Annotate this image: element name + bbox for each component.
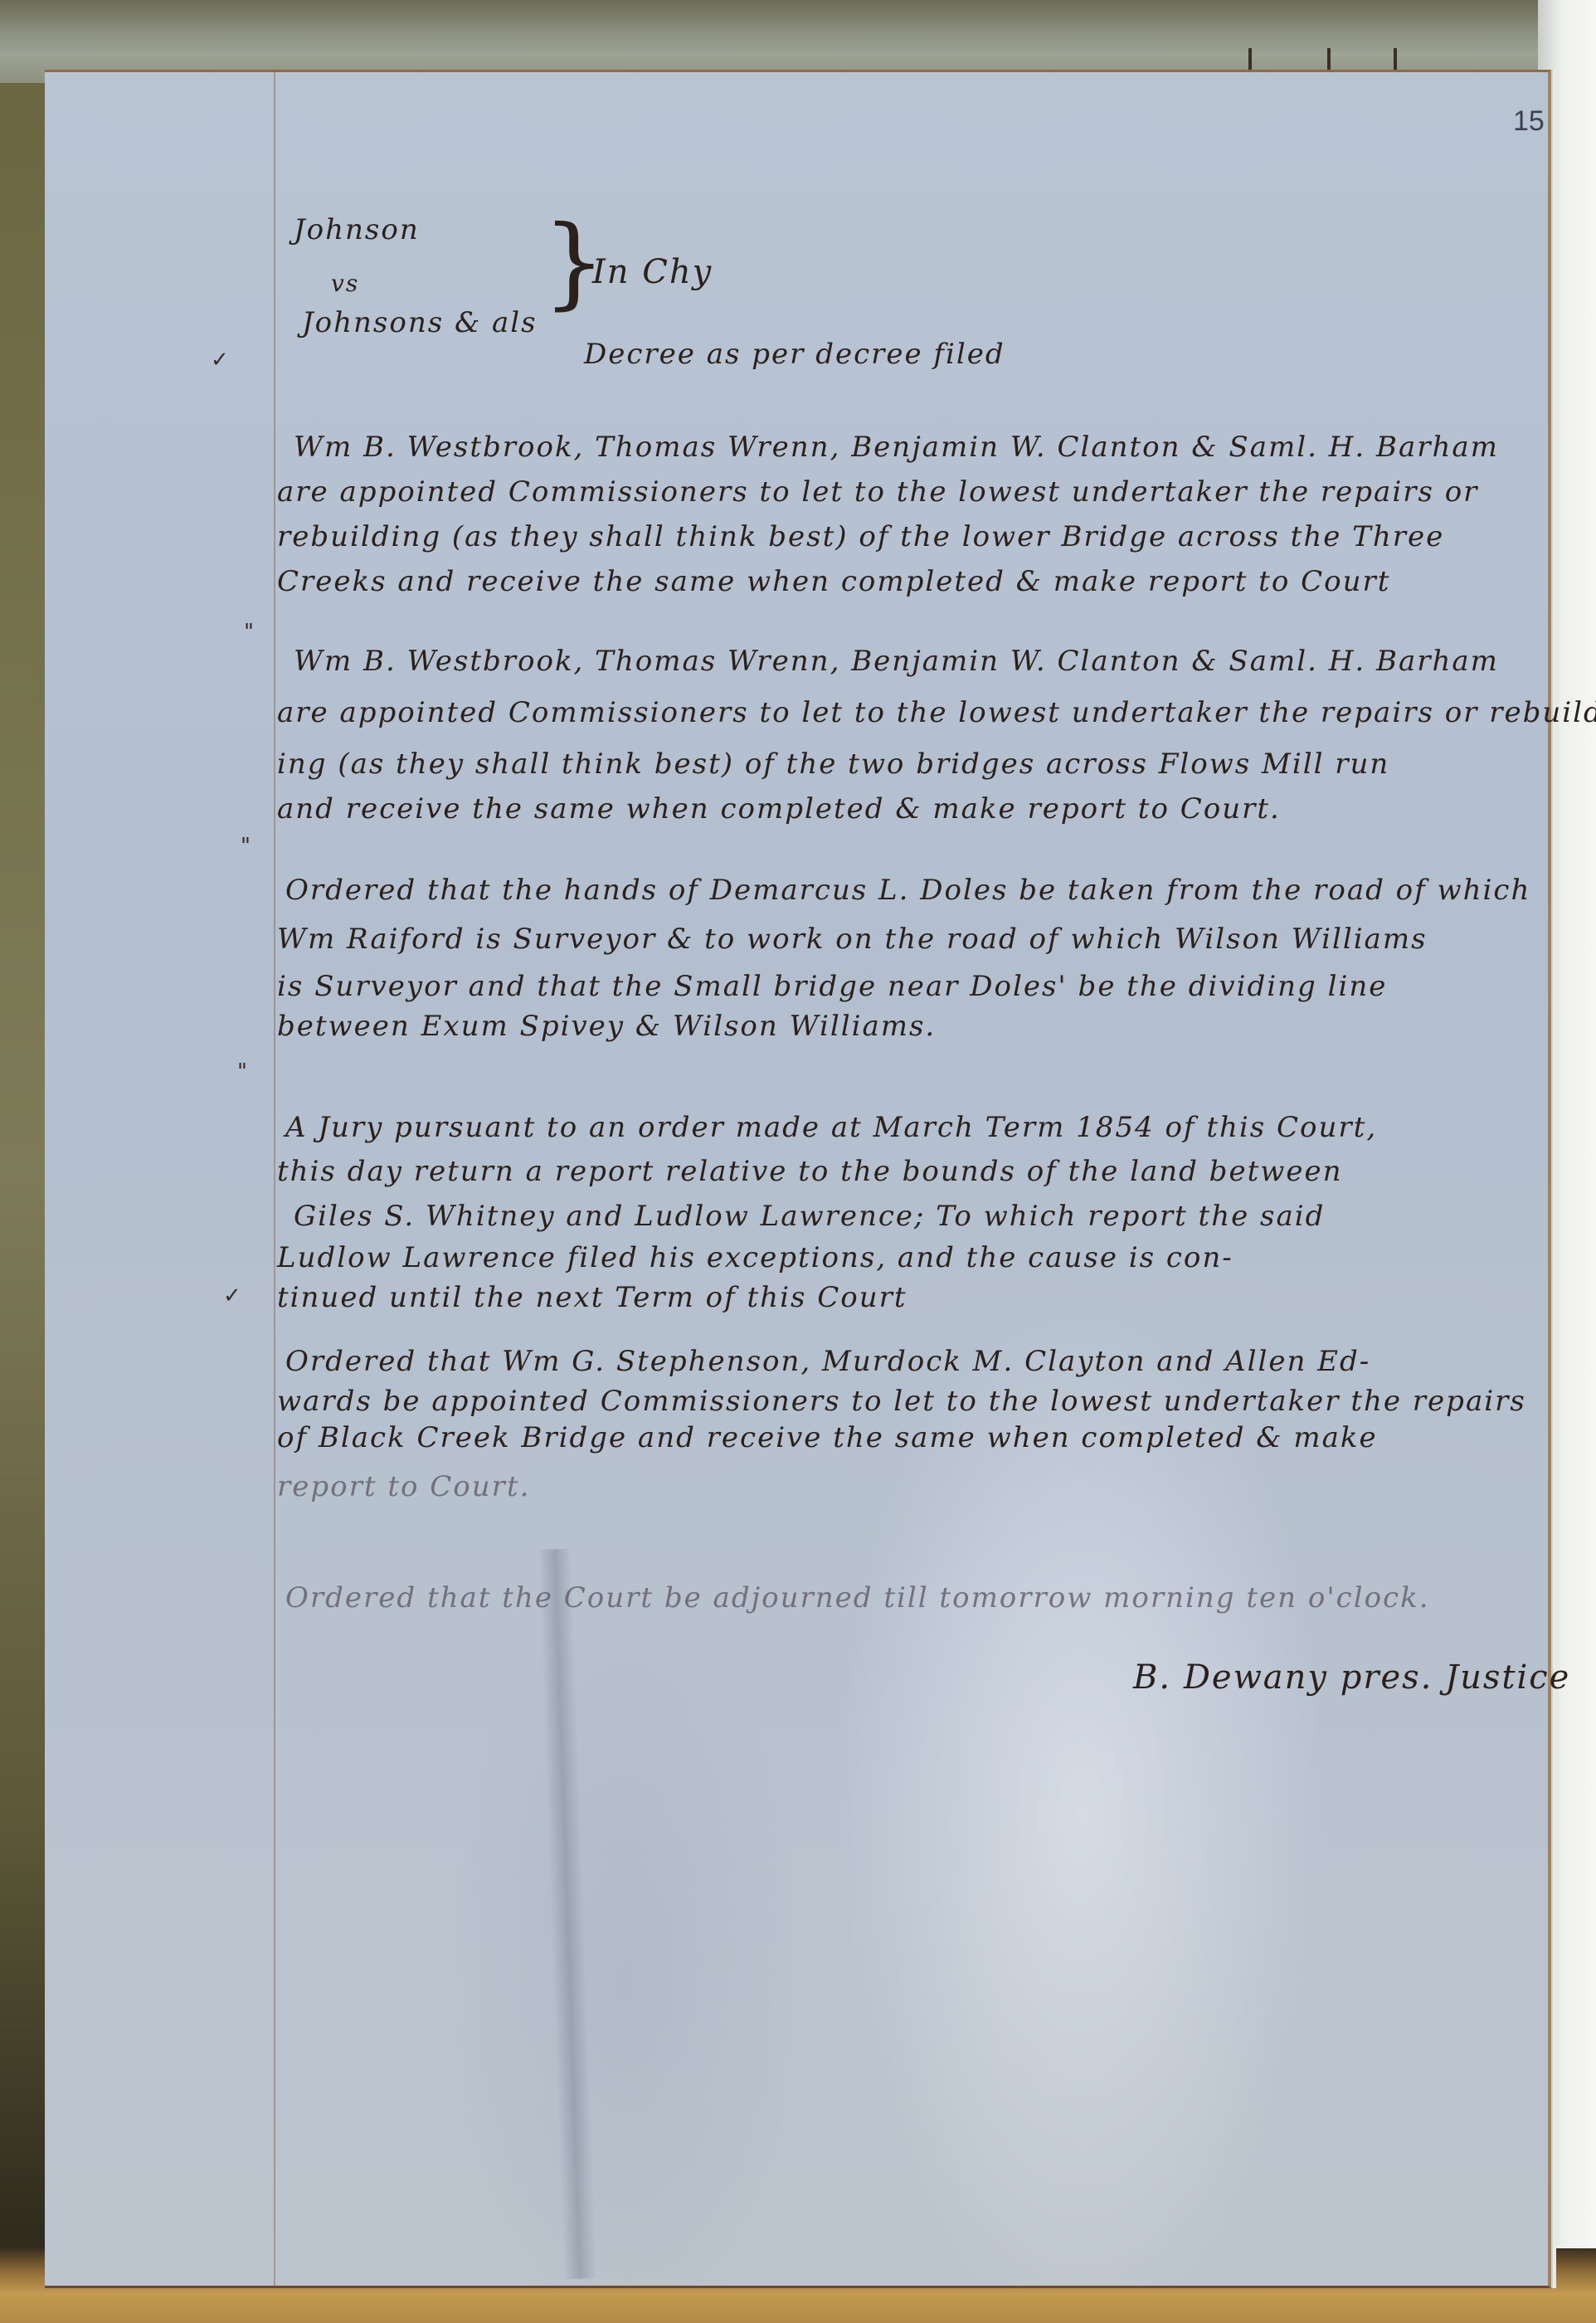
- caption-court: In Chy: [592, 253, 713, 291]
- caption-defendant: Johnsons & als: [302, 306, 538, 339]
- paragraph-5-line-3: of Black Creek Bridge and receive the sa…: [277, 1421, 1378, 1454]
- paragraph-4-line-5: tinued until the next Term of this Court: [277, 1281, 907, 1314]
- caption-versus: vs: [331, 270, 359, 297]
- paragraph-5-line-2: wards be appointed Commissioners to let …: [277, 1385, 1526, 1418]
- caption-decree: Decree as per decree filed: [584, 338, 1005, 371]
- paragraph-2-line-3: ing (as they shall think best) of the tw…: [277, 748, 1389, 781]
- paragraph-4-line-2: this day return a report relative to the…: [277, 1155, 1342, 1188]
- justice-signature: B. Dewany pres. Justice: [1133, 1658, 1570, 1697]
- binder-left-edge: [0, 83, 46, 2257]
- caption-plaintiff: Johnson: [294, 213, 420, 246]
- margin-rule-line: [274, 72, 275, 2286]
- ditto-mark: ": [241, 834, 251, 859]
- ledger-page: 15 Johnson vs Johnsons & als } In Chy ✓ …: [45, 70, 1551, 2288]
- paragraph-4-line-3: Giles S. Whitney and Ludlow Lawrence; To…: [294, 1200, 1325, 1233]
- paragraph-1-line-4: Creeks and receive the same when complet…: [277, 565, 1390, 598]
- paragraph-1-line-3: rebuilding (as they shall think best) of…: [277, 520, 1444, 553]
- ditto-mark: ": [237, 1059, 247, 1084]
- paragraph-3-line-2: Wm Raiford is Surveyor & to work on the …: [277, 923, 1428, 956]
- check-mark-icon: ✓: [211, 348, 229, 373]
- paragraph-2-line-1: Wm B. Westbrook, Thomas Wrenn, Benjamin …: [294, 645, 1499, 678]
- water-stain: [538, 1549, 597, 2280]
- paragraph-1-line-1: Wm B. Westbrook, Thomas Wrenn, Benjamin …: [294, 431, 1499, 464]
- paragraph-5-line-1: Ordered that Wm G. Stephenson, Murdock M…: [285, 1345, 1370, 1378]
- paragraph-2-line-4: and receive the same when completed & ma…: [277, 792, 1281, 825]
- paragraph-4-line-1: A Jury pursuant to an order made at Marc…: [285, 1111, 1377, 1144]
- paragraph-3-line-1: Ordered that the hands of Demarcus L. Do…: [285, 874, 1530, 907]
- check-mark-icon: ✓: [223, 1283, 241, 1308]
- paragraph-2-line-2: are appointed Commissioners to let to th…: [277, 696, 1596, 729]
- paragraph-3-line-3: is Surveyor and that the Small bridge ne…: [277, 970, 1387, 1003]
- page-number: 15: [1513, 105, 1545, 138]
- paragraph-5-line-4: report to Court.: [277, 1470, 530, 1503]
- ditto-mark: ": [244, 620, 254, 645]
- paragraph-3-line-4: between Exum Spivey & Wilson Williams.: [277, 1010, 936, 1043]
- paragraph-4-line-4: Ludlow Lawrence filed his exceptions, an…: [277, 1241, 1233, 1274]
- paragraph-1-line-2: are appointed Commissioners to let to th…: [277, 475, 1478, 509]
- paragraph-6-line-1: Ordered that the Court be adjourned till…: [285, 1581, 1430, 1614]
